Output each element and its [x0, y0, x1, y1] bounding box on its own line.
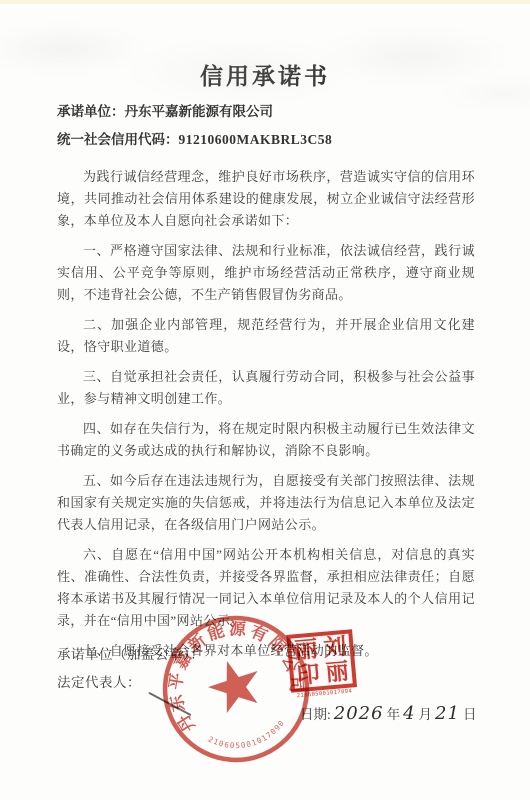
name-seal-char-bottom-left: 印: [296, 662, 321, 687]
credit-code-value: 91210600MAKBRL3C58: [179, 132, 333, 147]
name-seal-serial: 210605001017094: [295, 688, 355, 700]
promisor-line: 承诺单位：丹东平嘉新能源有限公司: [57, 98, 475, 126]
commitment-item-7: 七、自愿接受社会各界对本单位经营活动的监督。: [57, 640, 475, 662]
intro-paragraph: 为践行诚信经营理念，维护良好市场秩序，营造诚实守信的信用环境，共同推动社会信用体…: [57, 166, 475, 232]
scan-top-edge: [0, 0, 530, 4]
legal-representative-label: 法定代表人：: [57, 671, 141, 691]
commitment-item-3: 三、自觉承担社会责任，认真履行劳动合同，积极参与社会公益事业，参与精神文明创建工…: [57, 366, 475, 410]
commitment-item-2: 二、加强企业内部管理，规范经营行为，并开展企业信用文化建设，恪守职业道德。: [57, 314, 475, 358]
handwritten-year: 2026: [334, 703, 384, 724]
year-suffix: 年: [387, 707, 401, 722]
day-suffix: 日: [463, 707, 477, 722]
commitment-item-5: 五、如今后存在违法违规行为，自愿接受有关部门按照法律、法规和国家有关规定实施的失…: [57, 470, 475, 536]
commitment-item-4: 四、如存在失信行为，将在规定时限内积极主动履行已生效法律文书确定的义务或达成的执…: [57, 418, 475, 462]
handwritten-month: 4: [403, 703, 415, 724]
name-seal-char-bottom-right: 丽: [325, 660, 350, 685]
handwritten-signature-stroke: [148, 692, 191, 716]
credit-code-label: 统一社会信用代码：: [57, 132, 179, 147]
company-seal-serial: 210605001017090: [205, 711, 291, 761]
commitment-item-1: 一、严格遵守国家法律、法规和行业标准，依法诚信经营，践行诚实信用、公平竞争等原则…: [57, 240, 475, 306]
credit-code-line: 统一社会信用代码：91210600MAKBRL3C58: [57, 126, 475, 154]
promisor-label: 承诺单位：: [57, 104, 125, 119]
month-suffix: 月: [419, 707, 433, 722]
document-title: 信用承诺书: [0, 0, 530, 91]
document-body: 承诺单位：丹东平嘉新能源有限公司 统一社会信用代码：91210600MAKBRL…: [57, 98, 475, 662]
scanned-document-page: 信用承诺书 承诺单位：丹东平嘉新能源有限公司 统一社会信用代码：91210600…: [0, 0, 530, 800]
svg-text:210605001017090: 210605001017090: [205, 711, 291, 761]
date-label: 日期:: [300, 707, 331, 722]
promisor-value: 丹东平嘉新能源有限公司: [125, 104, 274, 119]
commitment-item-6: 六、自愿在“信用中国”网站公开本机构相关信息，对信息的真实性、准确性、合法性负责…: [57, 544, 475, 632]
date-line: 日期:2026年4月21日: [300, 703, 476, 724]
seal-star-icon: [202, 653, 267, 716]
handwritten-day: 21: [435, 703, 460, 724]
